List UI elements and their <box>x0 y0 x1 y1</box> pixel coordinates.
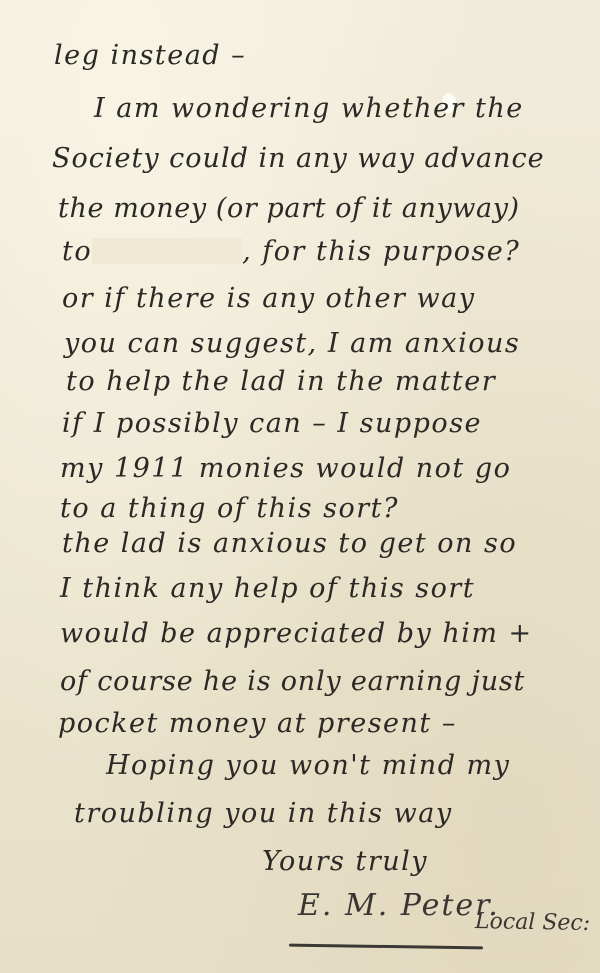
letter-line-18: troubling you in this way <box>74 800 453 827</box>
letter-line-16: pocket money at present – <box>58 710 457 737</box>
letter-line-8: to help the lad in the matter <box>66 368 496 395</box>
redacted-name-block <box>92 238 242 264</box>
signature-underline <box>289 944 483 950</box>
letter-line-12: the lad is anxious to get on so <box>62 530 517 557</box>
line-5-end: , for this purpose? <box>242 236 520 267</box>
letter-line-13: I think any help of this sort <box>60 575 475 602</box>
letter-page: leg instead – I am wondering whether the… <box>0 0 600 973</box>
line-5-start: to <box>62 236 92 267</box>
letter-line-7: you can suggest, I am anxious <box>64 330 520 357</box>
letter-line-9: if I possibly can – I suppose <box>62 410 482 437</box>
signature-title: Local Sec: <box>475 909 591 936</box>
letter-line-6: or if there is any other way <box>62 285 475 312</box>
letter-line-10: my 1911 monies would not go <box>60 455 511 482</box>
letter-line-3: Society could in any way advance <box>52 145 545 172</box>
letter-line-15: of course he is only earning just <box>60 668 525 695</box>
signature: E. M. Peter. <box>298 888 500 923</box>
letter-line-5: to, for this purpose? <box>62 238 520 265</box>
letter-line-14: would be appreciated by him + <box>60 620 533 647</box>
closing-line: Yours truly <box>262 848 428 875</box>
letter-line-2: I am wondering whether the <box>94 95 524 122</box>
letter-line-4: the money (or part of it anyway) <box>58 195 520 222</box>
letter-line-11: to a thing of this sort? <box>60 495 399 522</box>
letter-line-1: leg instead – <box>54 42 246 69</box>
letter-line-17: Hoping you won't mind my <box>106 752 510 779</box>
